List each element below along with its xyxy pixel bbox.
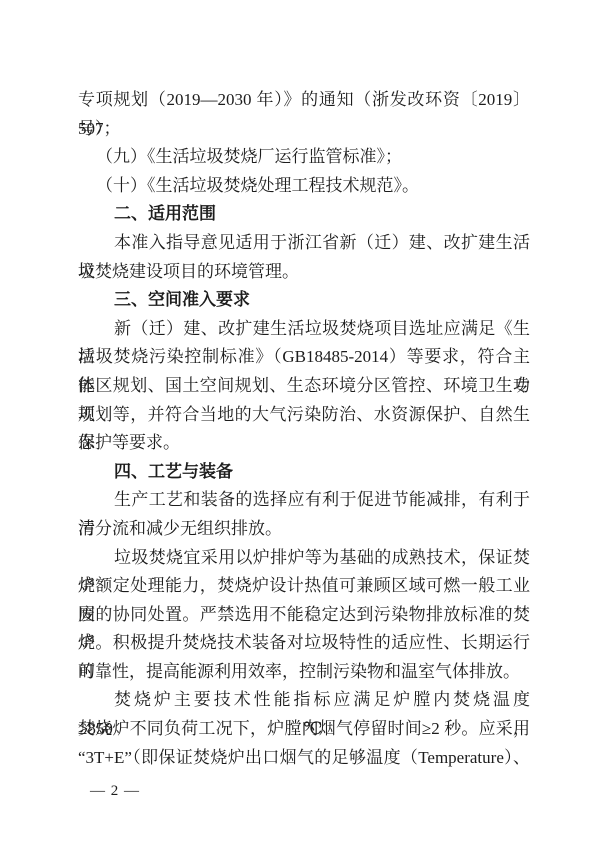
body-line: 焚烧炉主要技术性能指标应满足炉膛内焚烧温度≥850℃， <box>78 686 530 715</box>
body-line: （九）《生活垃圾焚烧厂运行监管标准》； <box>78 143 530 172</box>
body-line: 污分流和减少无组织排放。 <box>78 515 530 544</box>
body-line: 垃圾焚烧污染控制标准》（GB18485-2014）等要求，符合主体功 <box>78 343 530 372</box>
section-heading: 四、工艺与装备 <box>78 458 530 487</box>
body-line: 新（迁）建、改扩建生活垃圾焚烧项目选址应满足《生活 <box>78 315 530 344</box>
body-line: （十）《生活垃圾焚烧处理工程技术规范》。 <box>78 172 530 201</box>
page-number: — 2 — <box>90 783 140 800</box>
body-line: 垃圾焚烧宜采用以炉排炉等为基础的成熟技术，保证焚烧 <box>78 544 530 573</box>
body-line: 保护等要求。 <box>78 429 530 458</box>
body-line: 可靠性，提高能源利用效率，控制污染物和温室气体排放。 <box>78 658 530 687</box>
body-line: 号）； <box>78 115 530 144</box>
body-line: 炉。积极提升焚烧技术装备对垃圾特性的适应性、长期运行的 <box>78 629 530 658</box>
body-line: 规划等，并符合当地的大气污染防治、水资源保护、自然生态 <box>78 401 530 430</box>
section-heading: 三、空间准入要求 <box>78 286 530 315</box>
body-line: 本准入指导意见适用于浙江省新（迁）建、改扩建生活垃 <box>78 229 530 258</box>
document-page: 专项规划（2019—2030 年）》的通知（浙发改环资〔2019〕507号）；（… <box>0 0 600 848</box>
body-line: 圾焚烧建设项目的环境管理。 <box>78 258 530 287</box>
body-line: 能区规划、国土空间规划、生态环境分区管控、环境卫生专项 <box>78 372 530 401</box>
document-body: 专项规划（2019—2030 年）》的通知（浙发改环资〔2019〕507号）；（… <box>78 86 530 772</box>
body-line: 专项规划（2019—2030 年）》的通知（浙发改环资〔2019〕507 <box>78 86 530 115</box>
body-line: 焚烧炉不同负荷工况下，炉膛内烟气停留时间≥2 秒。应采用 <box>78 715 530 744</box>
body-line: 废的协同处置。严禁选用不能稳定达到污染物排放标准的焚烧 <box>78 601 530 630</box>
body-line: “3T+E”（即保证焚烧炉出口烟气的足够温度（Temperature）、 <box>78 744 530 773</box>
body-line: 炉额定处理能力，焚烧炉设计热值可兼顾区域可燃一般工业固 <box>78 572 530 601</box>
section-heading: 二、适用范围 <box>78 200 530 229</box>
body-line: 生产工艺和装备的选择应有利于促进节能减排，有利于清 <box>78 486 530 515</box>
